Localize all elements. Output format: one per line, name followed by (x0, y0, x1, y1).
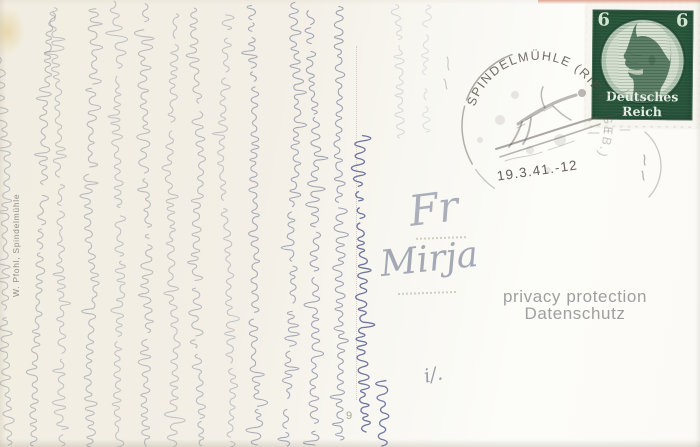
scan-edge-artifact (538, 0, 700, 4)
publisher-credit: W. Pfohl, Spindelmühle (11, 194, 21, 297)
handwriting-line (45, 8, 71, 446)
handwriting-line (26, 13, 55, 446)
handwriting-line (351, 136, 374, 432)
partial-postmark-arc (645, 132, 661, 197)
handwriting-line (80, 9, 103, 447)
handwriting-line (376, 381, 389, 446)
handwriting-line (212, 15, 239, 447)
handwriting-line (106, 1, 128, 447)
handwriting-line (242, 5, 268, 445)
handwriting-line (303, 3, 327, 445)
postmark-town-arc-faded: SENGEB.) (589, 81, 615, 160)
postmark-town-arc: SPINDELMÜHLE (RIE (464, 49, 604, 108)
handwriting-line (278, 2, 307, 446)
privacy-line-de: Datenschutz (470, 306, 680, 323)
privacy-watermark: privacy protection Datenschutz (470, 289, 680, 322)
postmark-date: 19.3.41.-12 (496, 157, 579, 183)
postcard-scan: W. Pfohl, Spindelmühle 9 Fr Mirja i/. 6 … (0, 0, 700, 447)
postmark: SPINDELMÜHLE (RIE SENGEB.) (430, 20, 700, 205)
ski-jumper-illustration (496, 87, 600, 161)
handwriting-line (391, 5, 404, 138)
handwriting-line (162, 14, 185, 447)
handwriting-line (134, 4, 154, 446)
handwriting-line (330, 6, 348, 440)
handwriting-line (186, 8, 205, 446)
print-mark: 9 (346, 410, 352, 422)
